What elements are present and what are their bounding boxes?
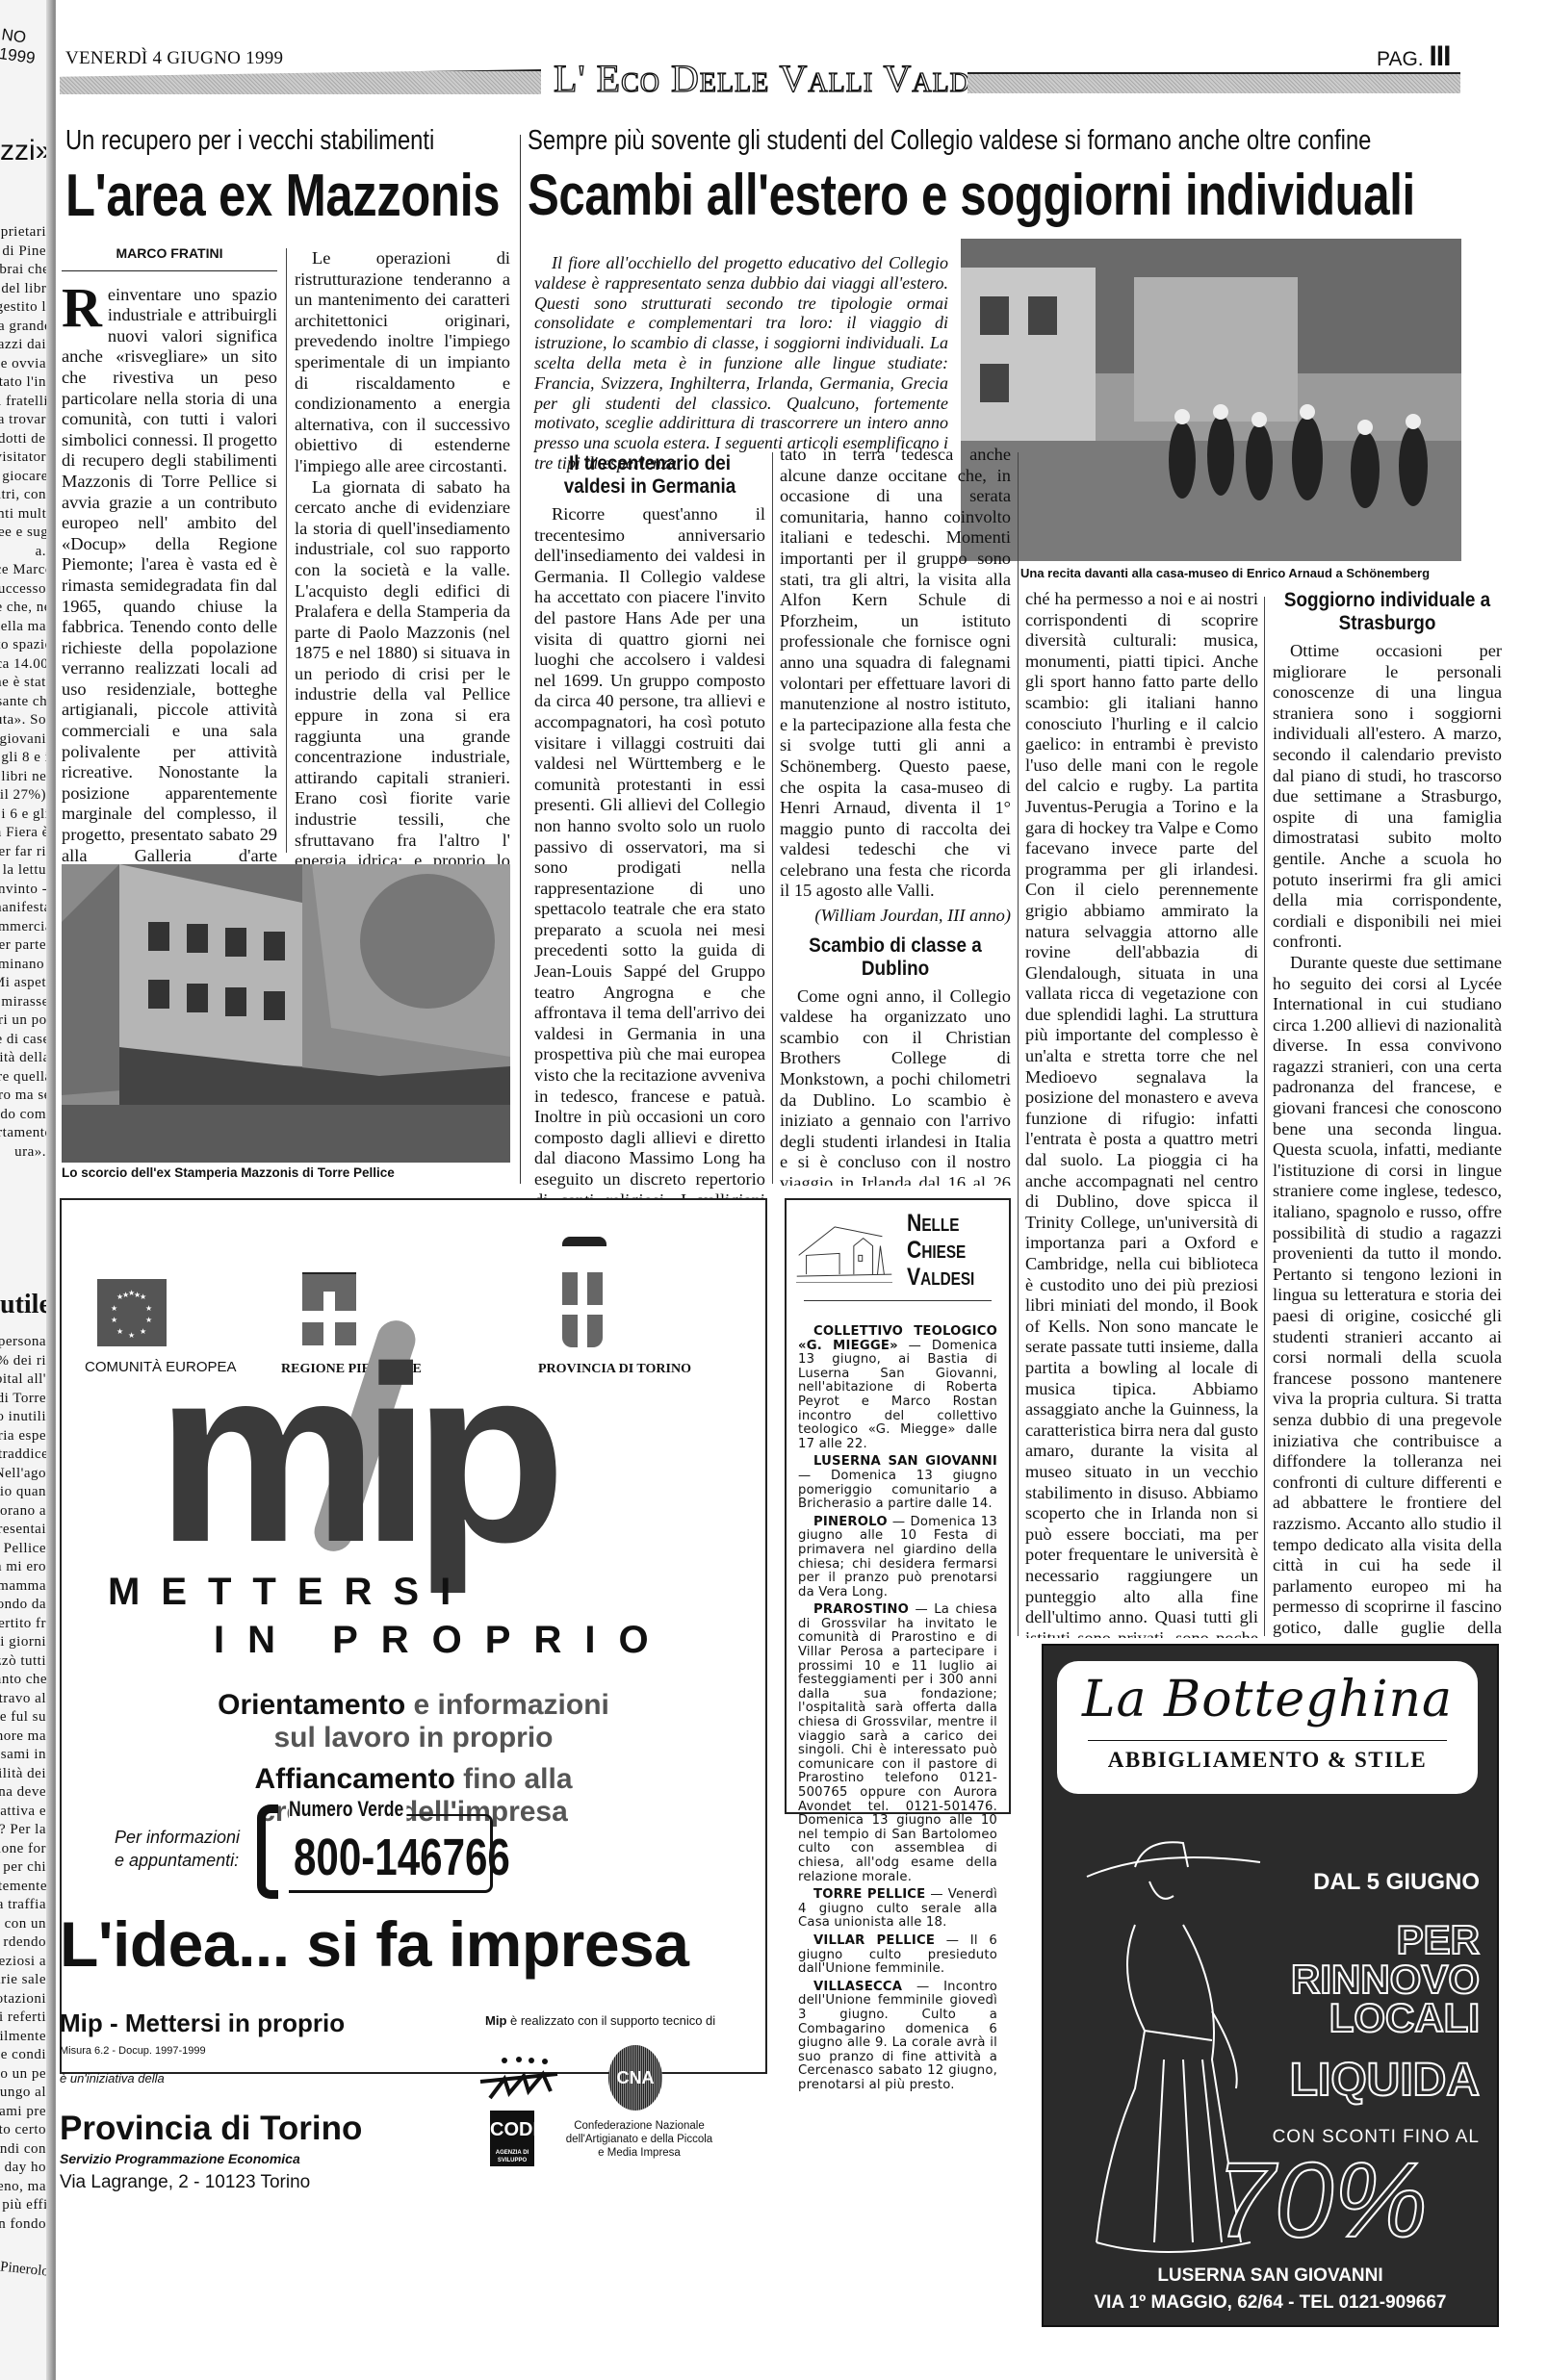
chiese-entry: COLLETTIVO TEOLOGICO «G. MIEGGE» — Domen… (798, 1325, 997, 1451)
sale-line1: PER (1397, 1920, 1480, 1960)
adjacent-page-line: na grande (0, 318, 46, 337)
adjacent-page-line: ria espe (0, 1427, 46, 1446)
sale-start-date: DAL 5 GIUGNO (1313, 1869, 1480, 1896)
adjacent-page-line: tanto che (0, 1671, 46, 1690)
chiese-entry: PRAROSTINO — La chiesa di Grossvilar ha … (798, 1603, 997, 1884)
adjacent-page-line: ntravo al (0, 1690, 46, 1709)
section-divider (520, 135, 521, 1184)
mazzonis-photo-caption: Lo scorcio dell'ex Stamperia Mazzonis di… (62, 1165, 395, 1180)
adjacent-page-line: ai fratelli (0, 393, 46, 412)
adjacent-page-line: bro ma se (0, 1087, 46, 1106)
mip-slogan: L'idea... si fa impresa (60, 1907, 688, 1981)
strasburgo-paragraph1: Ottime occasioni per migliorare le perso… (1273, 641, 1502, 953)
botteghina-subtitle: ABBIGLIAMENTO & STILE (1057, 1748, 1478, 1773)
adjacent-page-line: ertamente (0, 1124, 46, 1143)
discount-percentage: 70% (1216, 2148, 1428, 2254)
mip-title: Mip - Mettersi in proprio (60, 2009, 345, 2038)
article1-byline: MARCO FRATINI (62, 243, 277, 271)
mip-info-label: Per informazionie appuntamenti: (115, 1826, 240, 1872)
cna-logo: CNA (608, 2045, 662, 2111)
article2-kicker: Sempre più sovente gli studenti del Coll… (528, 125, 1371, 157)
mip-line2: IN PROPRIO (214, 1619, 672, 1662)
column-divider (1264, 597, 1265, 1636)
adjacent-page-line: ertito fr (0, 1615, 46, 1634)
header-rule-right (967, 72, 1460, 93)
adjacent-page-line: i? Per la (0, 1821, 46, 1840)
adjacent-page-line: ndi con (0, 2140, 46, 2160)
page-numeral: III (1429, 40, 1450, 72)
adjacent-page-line: o più effi (0, 2196, 46, 2215)
adjacent-page-line: bilità dei (0, 1765, 46, 1784)
mip-servizio: Servizio Programmazione Economica (60, 2151, 300, 2166)
adjacent-page-line: e ful su (0, 1708, 46, 1727)
adjacent-page-line: a. (0, 543, 46, 562)
adjacent-page-line: di Torre (0, 1390, 46, 1409)
adjacent-page-line: e libri nel (0, 768, 46, 787)
adjacent-page-line: ntri, con (0, 486, 46, 505)
adjacent-page-line: Nell'ago (0, 1465, 46, 1484)
adjacent-page-text-bottom: persona% dei ripital all'di Torreto inut… (0, 1333, 46, 2234)
adjacent-page-line: librai che (0, 261, 46, 280)
adjacent-page-line: per far ri (0, 843, 46, 862)
adjacent-page-line: per parte (0, 936, 46, 956)
adjacent-page-line: a trovar (0, 411, 46, 430)
adjacent-page-line: to inutili (0, 1408, 46, 1427)
phone-number: 800-146766 (294, 1828, 510, 1887)
adjacent-page-line: oprietari (0, 223, 46, 243)
adjacent-page-line: to certo (0, 2121, 46, 2140)
chiese-entry: TORRE PELLICE — Venerdì 4 giugno culto s… (798, 1888, 997, 1931)
adjacent-page-line: tuta». So (0, 711, 46, 730)
adjacent-page-line: gestito l (0, 298, 46, 318)
mip-line1: METTERSI (108, 1571, 472, 1614)
mip-address: Via Lagrange, 2 - 10123 Torino (60, 2172, 310, 2193)
adjacent-page-line: la traffia (0, 1896, 46, 1915)
adjacent-page-line: ere quella (0, 1068, 46, 1088)
adjacent-page-line: ntraddice (0, 1446, 46, 1465)
adjacent-page-line: mamma (0, 1577, 46, 1597)
article2-intro: Il fiore all'occhiello del progetto educ… (534, 253, 948, 473)
adjacent-page-line: ominano i (0, 956, 46, 975)
adjacent-page-edge: NO 1999 zzi» oprietarie di Pinelibrai ch… (0, 0, 56, 2380)
adjacent-page-line: re di case (0, 1031, 46, 1050)
mip-tagline1: Orientamento e informazionisul lavoro in… (62, 1689, 765, 1754)
adjacent-page-line: eno, ma (0, 2178, 46, 2197)
schonemberg-recital-photo (961, 239, 1461, 561)
adjacent-page-line: ione for (0, 1840, 46, 1859)
column-divider (772, 452, 773, 1184)
adjacent-page-line: con un (0, 1915, 46, 1934)
adjacent-page-line: e per chi (0, 1858, 46, 1878)
article1-column1: MARCO FRATINI Reinventare uno spazio ind… (62, 243, 277, 950)
adjacent-page-line: esami in (0, 1746, 46, 1765)
factory-building-image (62, 864, 510, 1163)
adjacent-page-line: reziosi a (0, 1953, 46, 1972)
chiese-entries: COLLETTIVO TEOLOGICO «G. MIEGGE» — Domen… (798, 1325, 997, 2096)
article1-headline: L'area ex Mazzonis (65, 162, 500, 230)
page-number: PAG. III (1377, 40, 1450, 73)
adjacent-page-text-top: oprietarie di Pinelibrai chea del librog… (0, 223, 46, 1162)
adjacent-page-line: re che, ne (0, 599, 46, 618)
adjacent-page-line: attiva e (0, 1803, 46, 1822)
sale-line3: LOCALI (1329, 1998, 1480, 2038)
adjacent-page-line: enti multi (0, 505, 46, 525)
issue-date: VENERDÌ 4 GIUGNO 1999 (65, 48, 283, 69)
adjacent-page-line: ilità della (0, 1049, 46, 1068)
botteghina-logo-panel: La Botteghina ABBIGLIAMENTO & STILE (1057, 1661, 1478, 1794)
header-rule-left (60, 69, 541, 94)
article2-column-dublino: tato in terra tedesca anche alcune danze… (780, 445, 1011, 1186)
recital-scene-image (961, 239, 1461, 561)
column-divider (286, 248, 287, 853)
adjacent-page-line: ommercia (0, 918, 46, 937)
sale-line2: RINNOVO (1291, 1959, 1480, 2000)
article2-column-dublino-cont: ché ha permesso a noi e ai nostri corris… (1025, 589, 1258, 1638)
adjacent-page-line: rdendo (0, 1933, 46, 1953)
codex-scribble-icon (476, 2055, 562, 2108)
adjacent-page-line: o giocare (0, 468, 46, 487)
adjacent-page-line: tato l'in (0, 373, 46, 393)
adjacent-page-line: Mi aspet (0, 974, 46, 993)
sale-line4: LIQUIDA (1290, 2058, 1480, 2104)
adjacent-page-line: azzi dai (0, 336, 46, 355)
chiese-title: NelleChieseValdesi (907, 1210, 974, 1291)
adjacent-page-line: onvinto - (0, 881, 46, 900)
dublino-text: Come ogni anno, il Collegio valdese ha o… (780, 986, 1011, 1186)
adjacent-page-line: i giorni (0, 1633, 46, 1652)
adjacent-page-line: ntemente (0, 1878, 46, 1897)
germania-signature: (William Jourdan, III anno) (780, 906, 1011, 927)
adjacent-page-line: rca 14.000 (0, 655, 46, 675)
adjacent-page-line: e di Pine (0, 243, 46, 262)
chiese-entry: VILLASECCA — Incontro dell'Unione femmin… (798, 1981, 997, 2093)
mip-advertisement: ★★★★★★★★★★★★ COMUNITÀ EUROPEA REGIONE PI… (60, 1198, 767, 2074)
adjacent-page-line: successo (0, 580, 46, 600)
column-divider (1018, 452, 1019, 1636)
adjacent-page-line: otazioni (0, 1990, 46, 2009)
phone-handset-icon (257, 1804, 278, 1899)
church-sketch-icon (796, 1217, 892, 1283)
adjacent-page-line: me è stata (0, 674, 46, 693)
adjacent-page-line: day ho (0, 2159, 46, 2178)
adjacent-page-line: dee e sug (0, 524, 46, 543)
adjacent-page-line: % dei ri (0, 1352, 46, 1371)
adjacent-page-line: zzò tutti (0, 1652, 46, 1672)
crown-icon (562, 1237, 606, 1246)
adjacent-page-line: manifesta (0, 899, 46, 918)
botteghina-rule (1088, 1740, 1447, 1741)
chiese-entry: LUSERNA SAN GIOVANNI — Domenica 13 giugn… (798, 1455, 997, 1511)
chiese-entry: VILLAR PELLICE — Il 6 giugno culto presi… (798, 1934, 997, 1977)
strasburgo-paragraph2: Durante queste due settimane ho seguito … (1273, 953, 1502, 1638)
chiese-title-rule (804, 1300, 992, 1301)
dublino-text-continued: ché ha permesso a noi e ai nostri corris… (1025, 589, 1258, 1638)
schonemberg-photo-caption: Una recita davanti alla casa-museo di En… (1020, 566, 1430, 580)
adjacent-page-line: (il 27%) (0, 786, 46, 806)
adjacent-page-line: a mi ero (0, 1558, 46, 1577)
adjacent-page-footer: Pinerolo (0, 2259, 50, 2280)
article1-kicker: Un recupero per i vecchi stabilimenti (65, 125, 434, 157)
nelle-chiese-valdesi-box: NelleChieseValdesi COLLETTIVO TEOLOGICO … (785, 1198, 1011, 1814)
adjacent-page-line: pital all' (0, 1370, 46, 1390)
adjacent-page-line: nna deve (0, 1783, 46, 1803)
adjacent-page-line: odo com (0, 1106, 46, 1125)
chiese-entry: PINEROLO — Domenica 13 giugno alle 10 Fe… (798, 1516, 997, 1600)
adjacent-page-line: sto spazio (0, 636, 46, 655)
torino-shield-icon (562, 1272, 603, 1347)
section-title-strasburgo: Soggiorno individuale a Strasburgo (1284, 589, 1490, 635)
adjacent-page-line: arie sale (0, 1971, 46, 1990)
adjacent-page-headline: zzi» (0, 135, 51, 167)
adjacent-page-line: ice Marco (0, 561, 46, 580)
adjacent-page-line: della ma (0, 618, 46, 637)
adjacent-page-line: a gli 8 e i (0, 749, 46, 768)
adjacent-page-line: se ovvia (0, 355, 46, 374)
adjacent-page-line: ilmente (0, 2028, 46, 2047)
article1-paragraph1: Reinventare uno spazio industriale e att… (62, 285, 277, 950)
adjacent-page-line: ssante che (0, 693, 46, 712)
section-title-germania: Il trecentenario dei valdesi in Germania (546, 452, 754, 499)
adjacent-page-line: o un pe (0, 2065, 46, 2085)
adjacent-page-line: la Fiera è (0, 824, 46, 843)
adjacent-page-line: e mirasse (0, 993, 46, 1012)
mazzonis-factory-photo (62, 864, 510, 1163)
page-label: PAG. (1377, 48, 1424, 70)
adjacent-page-line: ei referti (0, 2009, 46, 2028)
shop-address: VIA 1º MAGGIO, 62/64 - TEL 0121-909667 (1044, 2292, 1497, 2314)
mip-logo: mip (156, 1349, 549, 1561)
article2-column-strasburgo: Soggiorno individuale a Strasburgo Ottim… (1273, 589, 1502, 1638)
adjacent-page-line: nore ma (0, 1727, 46, 1747)
adjacent-page-line: e Pellice (0, 1540, 46, 1559)
adjacent-page-line: rio quan (0, 1483, 46, 1502)
adjacent-page-line: ami pre (0, 2103, 46, 2122)
adjacent-page-line: persona (0, 1333, 46, 1352)
section-title-dublino: Scambio di classe a Dublino (791, 934, 999, 981)
adjacent-page-line: i giovani (0, 730, 46, 750)
germania-text-continued: tato in terra tedesca anche alcune danze… (780, 445, 1011, 902)
article2-headline: Scambi all'estero e soggiorni individual… (528, 162, 1415, 228)
article1-column2: Le operazioni di ristrutturazione tender… (295, 248, 510, 955)
adjacent-page-line: e la lettu (0, 861, 46, 881)
adjacent-page-line: odotti del (0, 430, 46, 449)
masthead-title: L' Eco Delle Valli Valdesi (554, 56, 1014, 101)
torino-label: PROVINCIA DI TORINO (538, 1362, 691, 1377)
adjacent-page-line: ondo da (0, 1596, 46, 1615)
adjacent-page-line: vorano a (0, 1502, 46, 1522)
numero-verde-box: Numero Verde 800-146766 (257, 1797, 493, 1893)
adjacent-page-line: visitator (0, 448, 46, 468)
adjacent-page-line: in fondo (0, 2215, 46, 2235)
mip-misura: Misura 6.2 - Docup. 1997-1999 (60, 2045, 206, 2057)
mip-iniziativa: è un'iniziativa della (60, 2071, 165, 2086)
adjacent-page-line: ungo al (0, 2084, 46, 2103)
binding-shadow (46, 0, 56, 2380)
botteghina-name: La Botteghina (1057, 1671, 1478, 1728)
mip-support-text: Mip è realizzato con il supporto tecnico… (485, 2013, 715, 2028)
codex-logo: CODEXAGENZIA DI SVILUPPO (490, 2111, 534, 2166)
adjacent-page-line: resentai (0, 1521, 46, 1540)
drop-cap: R (62, 287, 102, 329)
adjacent-page-line: ura». (0, 1143, 46, 1163)
adjacent-page-line: le condi (0, 2046, 46, 2065)
numero-verde-label: Numero Verde (289, 1797, 407, 1822)
mip-provincia: Provincia di Torino (60, 2110, 362, 2148)
shop-city: LUSERNA SAN GIOVANNI (1044, 2265, 1497, 2287)
adjacent-page-line: bri un po' (0, 1011, 46, 1031)
adjacent-page-line: a del libro (0, 280, 46, 299)
cna-label: Confederazione Nazionale dell'Artigianat… (562, 2119, 716, 2160)
la-botteghina-advertisement: La Botteghina ABBIGLIAMENTO & STILE DAL … (1042, 1644, 1499, 2327)
article1-paragraph2: Le operazioni di ristrutturazione tender… (295, 248, 510, 477)
adjacent-page-line: a i 6 e gli (0, 806, 46, 825)
